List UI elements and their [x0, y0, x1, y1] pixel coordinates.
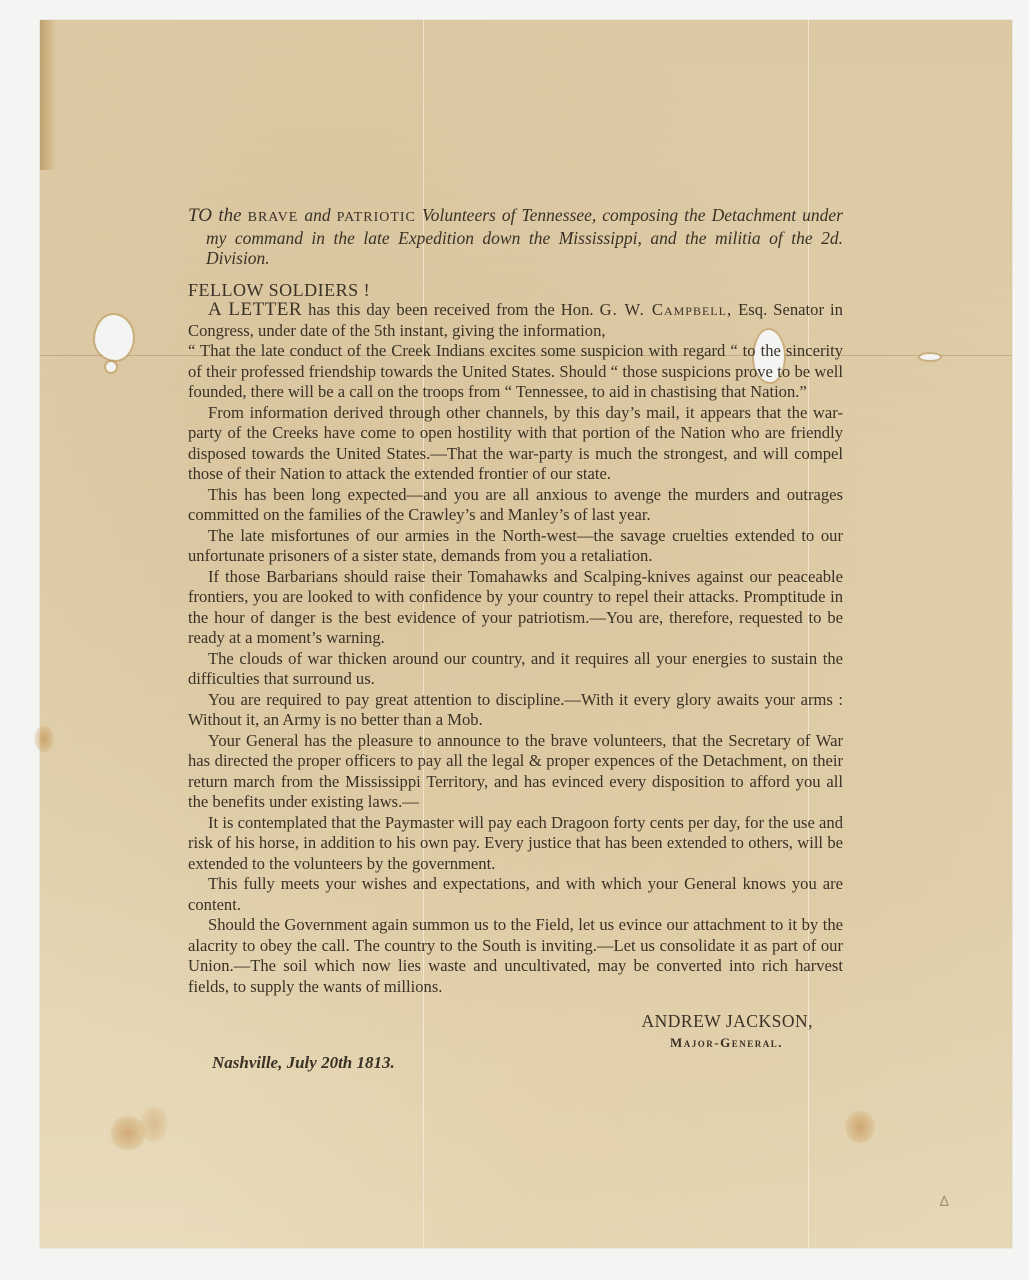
- signatory-name: ANDREW JACKSON,: [642, 1011, 814, 1032]
- address-heading: TO the BRAVE and PATRIOTIC Volunteers of…: [188, 205, 843, 268]
- paragraph: From information derived through other c…: [188, 403, 843, 485]
- paragraph: It is contemplated that the Paymaster wi…: [188, 813, 843, 875]
- signatory-title: Major-General.: [670, 1035, 783, 1051]
- pencil-mark-icon: ∆: [940, 1194, 949, 1210]
- place-date: Nashville, July 20th 1813.: [212, 1053, 395, 1073]
- paragraph: If those Barbarians should raise their T…: [188, 567, 843, 649]
- signature-block: ANDREW JACKSON, Major-General. Nashville…: [188, 1011, 843, 1081]
- address-and: and: [304, 205, 330, 225]
- quoted-letter: “ That the late conduct of the Creek Ind…: [188, 341, 843, 403]
- paper-hole: [106, 362, 116, 372]
- paragraph: Should the Government again summon us to…: [188, 915, 843, 997]
- paragraph: You are required to pay great attention …: [188, 690, 843, 731]
- paragraph: A LETTER has this day been received from…: [188, 300, 843, 341]
- address-lead: TO the: [188, 205, 242, 226]
- paper-hole: [920, 354, 940, 360]
- paragraph: The late misfortunes of our armies in th…: [188, 526, 843, 567]
- letter-lead: A LETTER: [208, 299, 302, 320]
- paragraph: Your General has the pleasure to announc…: [188, 731, 843, 813]
- paper-hole: [95, 315, 133, 360]
- greeting: FELLOW SOLDIERS !: [188, 280, 843, 300]
- paragraph: The clouds of war thicken around our cou…: [188, 649, 843, 690]
- foxing-stain: [140, 1105, 168, 1143]
- edge-stain: [40, 20, 56, 170]
- senator-name: G. W. Campbell,: [600, 300, 733, 319]
- proclamation: TO the BRAVE and PATRIOTIC Volunteers of…: [188, 205, 843, 1081]
- foxing-stain: [34, 725, 54, 753]
- paragraph-text: has this day been received from the Hon.: [302, 300, 600, 319]
- foxing-stain: [845, 1110, 875, 1144]
- address-patriotic: PATRIOTIC: [337, 210, 416, 225]
- address-rest: Volunteers of Tennessee, composing the D…: [206, 205, 843, 268]
- paragraph: This fully meets your wishes and expecta…: [188, 874, 843, 915]
- address-brave: BRAVE: [248, 210, 299, 225]
- paragraph: This has been long expected—and you are …: [188, 485, 843, 526]
